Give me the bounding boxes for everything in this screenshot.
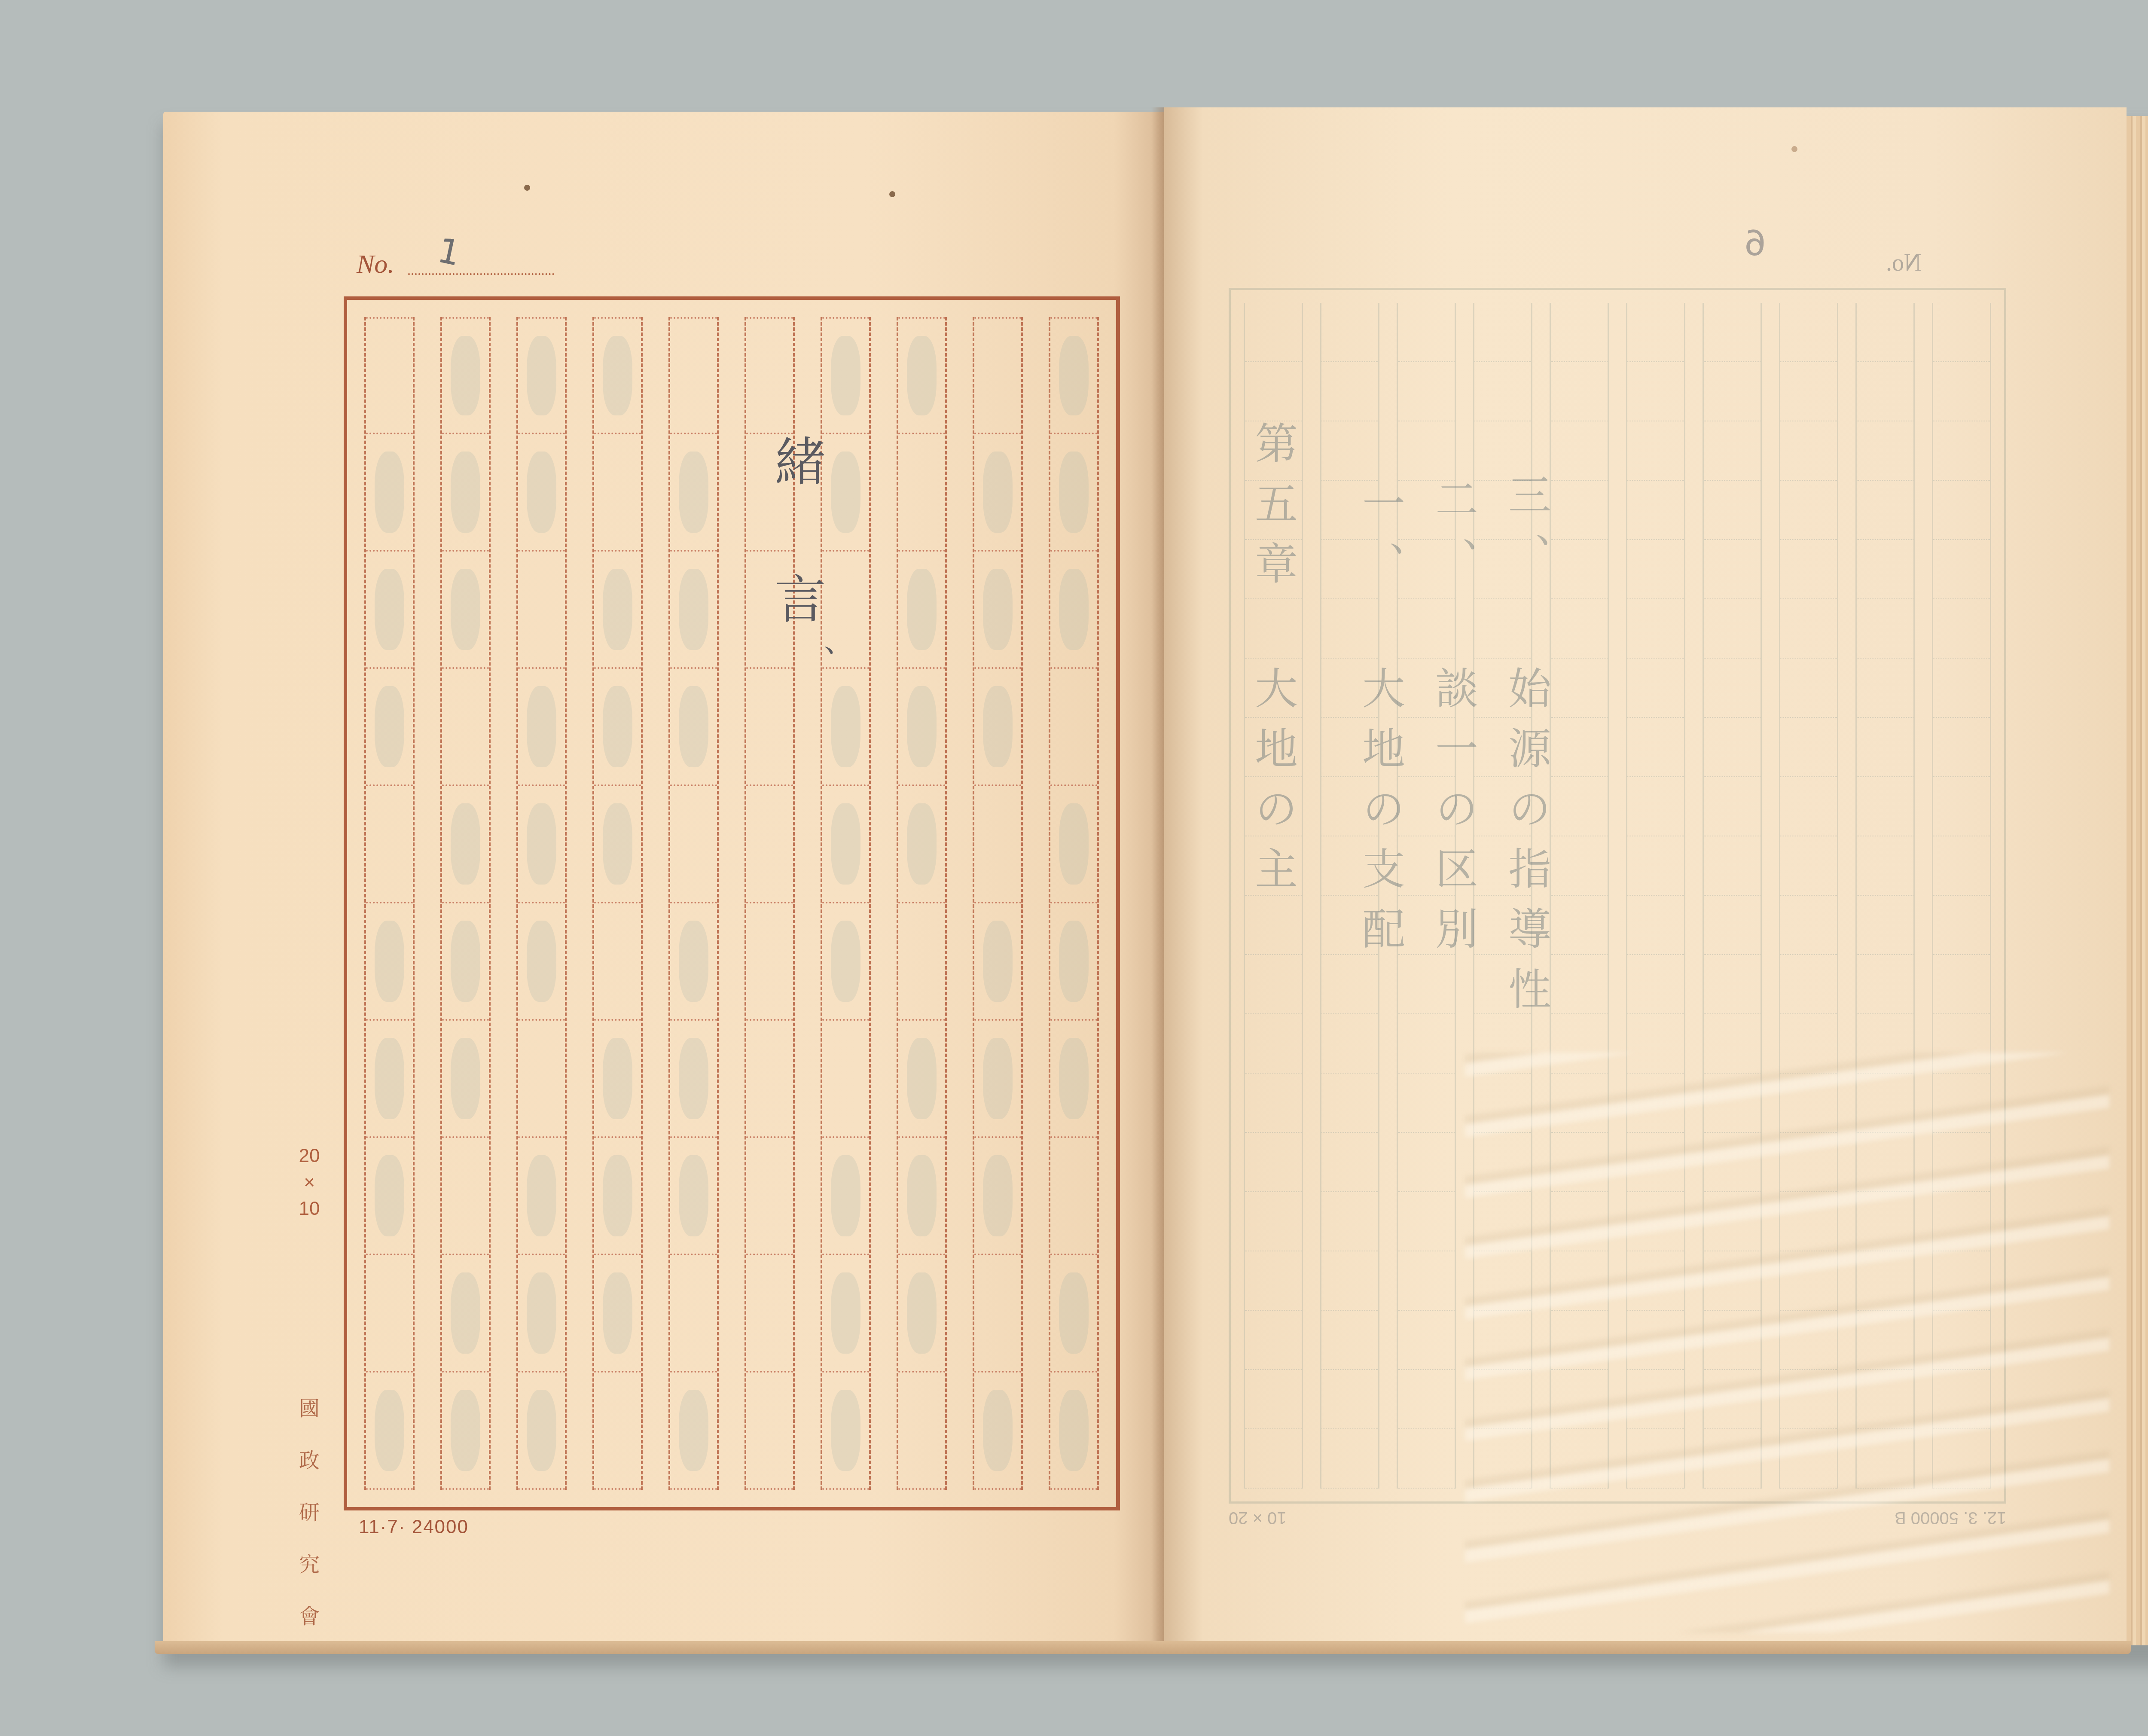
show-through-mark xyxy=(1059,921,1089,1001)
grid-cell xyxy=(974,786,1021,903)
grid-size-label: 20 × 10 xyxy=(292,1143,326,1222)
show-through-mark xyxy=(527,1390,557,1471)
ghost-grid-cell xyxy=(1857,896,1913,955)
ghost-grid-cell xyxy=(1780,421,1837,481)
show-through-mark xyxy=(527,686,557,767)
ghost-grid-cell xyxy=(1245,1074,1302,1133)
ghost-grid-cell xyxy=(1704,362,1761,421)
grid-cell xyxy=(746,786,793,903)
page-number-rule xyxy=(408,273,554,275)
grid-cell xyxy=(670,1255,717,1373)
grid-cell xyxy=(366,1021,413,1138)
ghost-grid-cell xyxy=(1551,955,1608,1014)
binding-hole xyxy=(889,191,895,197)
grid-cell xyxy=(594,1373,641,1490)
show-through-mark xyxy=(831,452,861,532)
ghost-grid-cell xyxy=(1398,599,1455,659)
grid-column xyxy=(592,317,643,1490)
ghost-grid-cell xyxy=(1474,599,1531,659)
grid-cell xyxy=(594,317,641,434)
ghost-grid-cell xyxy=(1474,421,1531,481)
show-through-mark xyxy=(603,1155,633,1236)
show-through-mark xyxy=(907,1272,937,1353)
publisher-label: 國 政 研 究 會 xyxy=(292,1392,326,1629)
grid-cell xyxy=(1050,434,1097,552)
show-through-mark xyxy=(375,1390,405,1471)
ghost-grid-cell xyxy=(1398,1429,1455,1489)
ghost-grid-cell xyxy=(1627,955,1684,1014)
show-through-mark xyxy=(451,803,481,884)
grid-cell xyxy=(670,552,717,669)
ghost-grid-cell xyxy=(1398,1251,1455,1311)
grid-cell xyxy=(442,552,489,669)
ghost-grid-cell xyxy=(1780,718,1837,777)
grid-cell xyxy=(1050,669,1097,786)
ghost-grid-cell xyxy=(1780,303,1837,362)
show-through-mark xyxy=(603,1272,633,1353)
show-through-mark xyxy=(679,1038,709,1119)
show-through-mark xyxy=(907,569,937,650)
ghost-grid-cell xyxy=(1933,421,1990,481)
show-through-mark xyxy=(375,569,405,650)
ghost-grid-cell xyxy=(1933,303,1990,362)
ghost-grid-cell xyxy=(1627,599,1684,659)
grid-cell xyxy=(442,1138,489,1255)
ghost-line-1: 始源の指導性 xyxy=(1495,666,1557,1027)
ghost-grid-cell xyxy=(1245,1014,1302,1074)
ghost-grid-cell xyxy=(1933,896,1990,955)
left-page: No. 1 緒 言 、 20 × 10 國 政 研 究 會 11·7· 2400… xyxy=(163,112,1164,1650)
ghost-grid-cell xyxy=(1857,955,1913,1014)
grid-cell xyxy=(518,1255,565,1373)
grid-cell xyxy=(442,786,489,903)
ghost-grid-cell xyxy=(1857,718,1913,777)
show-through-mark xyxy=(603,569,633,650)
grid-cell xyxy=(670,317,717,434)
manuscript-grid xyxy=(364,317,1099,1490)
grid-cell xyxy=(898,903,945,1021)
show-through-mark xyxy=(375,1155,405,1236)
show-through-mark xyxy=(679,921,709,1001)
show-through-mark xyxy=(375,1038,405,1119)
grid-cell xyxy=(518,1138,565,1255)
grid-column xyxy=(440,317,491,1490)
grid-size-rows: 20 xyxy=(292,1143,326,1169)
ghost-grid-cell xyxy=(1780,481,1837,540)
book-bottom-edge xyxy=(155,1641,2131,1654)
grid-column xyxy=(516,317,567,1490)
grid-cell xyxy=(518,552,565,669)
show-through-mark xyxy=(603,803,633,884)
ghost-heading-1: 一、 xyxy=(1349,481,1411,601)
ghost-grid-cell xyxy=(1321,1074,1378,1133)
ghost-grid-cell xyxy=(1321,362,1378,421)
ghost-grid-cell xyxy=(1321,1014,1378,1074)
ghost-grid-cell xyxy=(1933,540,1990,599)
show-through-mark xyxy=(907,1038,937,1119)
show-through-mark xyxy=(983,452,1013,532)
grid-cell xyxy=(670,1021,717,1138)
ghost-heading-3: 三、 xyxy=(1495,473,1557,593)
grid-cell xyxy=(898,669,945,786)
ghost-grid-cell xyxy=(1245,955,1302,1014)
ghost-grid-cell xyxy=(1780,362,1837,421)
ghost-grid-cell xyxy=(1857,421,1913,481)
show-through-mark xyxy=(831,1272,861,1353)
grid-cell xyxy=(746,1138,793,1255)
grid-cell xyxy=(1050,1138,1097,1255)
grid-cell xyxy=(746,1021,793,1138)
grid-cell xyxy=(822,786,869,903)
grid-cell xyxy=(594,1021,641,1138)
ghost-grid-cell xyxy=(1551,718,1608,777)
ghost-grid-cell xyxy=(1398,1370,1455,1429)
ghost-grid-cell xyxy=(1245,1370,1302,1429)
show-through-mark xyxy=(375,452,405,532)
grid-cell xyxy=(898,1255,945,1373)
ghost-grid-cell xyxy=(1551,540,1608,599)
ghost-grid-cell xyxy=(1551,599,1608,659)
ghost-grid-cell xyxy=(1704,481,1761,540)
grid-cell xyxy=(366,1138,413,1255)
grid-size-times: × xyxy=(292,1169,326,1196)
ghost-grid-cell xyxy=(1627,303,1684,362)
ghost-grid-cell xyxy=(1245,1429,1302,1489)
grid-column xyxy=(364,317,415,1490)
ghost-grid-cell xyxy=(1398,1014,1455,1074)
grid-cell xyxy=(822,669,869,786)
ghost-grid-cell xyxy=(1857,599,1913,659)
grid-cell xyxy=(974,903,1021,1021)
grid-cell xyxy=(670,786,717,903)
grid-cell xyxy=(898,1021,945,1138)
ghost-page-number-value: 6 xyxy=(1744,223,1766,263)
grid-cell xyxy=(670,669,717,786)
ghost-grid-cell xyxy=(1704,421,1761,481)
grid-cell xyxy=(442,1255,489,1373)
ghost-page-number: No. 6 xyxy=(1886,249,1921,277)
ghost-grid-cell xyxy=(1551,896,1608,955)
show-through-mark xyxy=(1059,803,1089,884)
grid-cell xyxy=(974,434,1021,552)
ghost-grid-cell xyxy=(1398,1192,1455,1251)
ghost-grid-cell xyxy=(1321,1192,1378,1251)
ghost-grid-cell xyxy=(1704,659,1761,718)
show-through-mark xyxy=(603,686,633,767)
grid-cell xyxy=(366,903,413,1021)
ghost-grid-cell xyxy=(1627,718,1684,777)
show-through-mark xyxy=(451,1390,481,1471)
grid-cell xyxy=(898,1373,945,1490)
grid-cell xyxy=(822,317,869,434)
page-number-handwritten: 1 xyxy=(434,230,464,274)
ghost-grid-cell xyxy=(1551,362,1608,421)
grid-cell xyxy=(974,1138,1021,1255)
ghost-grid-cell xyxy=(1321,1370,1378,1429)
grid-cell xyxy=(898,317,945,434)
publisher-char: 國 xyxy=(292,1392,326,1422)
show-through-mark xyxy=(1059,1390,1089,1471)
grid-cell xyxy=(594,434,641,552)
title-mark: 、 xyxy=(824,626,854,656)
ghost-grid-cell xyxy=(1933,836,1990,896)
show-through-mark xyxy=(831,1155,861,1236)
ghost-grid-cell xyxy=(1627,659,1684,718)
grid-cell xyxy=(746,317,793,434)
right-page: No. 6 三、 二、 一、 第五章 始源の指導性 談一の区別 大地の支配 大地… xyxy=(1164,107,2127,1650)
show-through-mark xyxy=(527,1272,557,1353)
show-through-mark xyxy=(451,569,481,650)
grid-cell xyxy=(974,1255,1021,1373)
grid-cell xyxy=(366,1373,413,1490)
grid-cell xyxy=(594,903,641,1021)
show-through-mark xyxy=(983,1155,1013,1236)
ghost-grid-cell xyxy=(1474,303,1531,362)
grid-cell xyxy=(594,786,641,903)
show-through-mark xyxy=(1059,569,1089,650)
show-through-mark xyxy=(1059,452,1089,532)
grid-cell xyxy=(518,669,565,786)
grid-column xyxy=(897,317,947,1490)
show-through-mark xyxy=(451,452,481,532)
ghost-grid-cell xyxy=(1474,362,1531,421)
grid-column xyxy=(1049,317,1099,1490)
show-through-mark xyxy=(527,336,557,416)
ghost-chapter-heading: 第五章 xyxy=(1242,421,1303,601)
grid-column xyxy=(744,317,795,1490)
ghost-grid-cell xyxy=(1857,303,1913,362)
grid-cell xyxy=(898,552,945,669)
grid-cell xyxy=(974,317,1021,434)
show-through-mark xyxy=(527,921,557,1001)
ghost-grid-cell xyxy=(1627,540,1684,599)
show-through-mark xyxy=(1059,1272,1089,1353)
grid-cell xyxy=(442,317,489,434)
grid-cell xyxy=(518,786,565,903)
grid-cell xyxy=(518,434,565,552)
grid-cell xyxy=(366,786,413,903)
show-through-mark xyxy=(907,336,937,416)
page-number-label: No. xyxy=(357,250,394,279)
ghost-grid-cell xyxy=(1627,777,1684,836)
ghost-grid-cell xyxy=(1704,955,1761,1014)
ghost-heading-2: 二、 xyxy=(1422,477,1484,597)
show-through-mark xyxy=(831,336,861,416)
show-through-mark xyxy=(451,921,481,1001)
ghost-grid-cell xyxy=(1704,777,1761,836)
show-through-mark xyxy=(679,686,709,767)
show-through-mark xyxy=(527,1155,557,1236)
ghost-grid-cell xyxy=(1780,836,1837,896)
ghost-grid-cell xyxy=(1551,303,1608,362)
ghost-page-number-label: No. xyxy=(1886,249,1921,277)
grid-cell xyxy=(1050,786,1097,903)
grid-cell xyxy=(1050,552,1097,669)
grid-column xyxy=(973,317,1023,1490)
grid-cell xyxy=(822,1138,869,1255)
ghost-grid-cell xyxy=(1551,659,1608,718)
ghost-grid-cell xyxy=(1933,599,1990,659)
show-through-mark xyxy=(1059,1038,1089,1119)
grid-cell xyxy=(1050,903,1097,1021)
grid-cell xyxy=(1050,1373,1097,1490)
show-through-mark xyxy=(375,686,405,767)
grid-column xyxy=(668,317,719,1490)
grid-cell xyxy=(974,1021,1021,1138)
ghost-grid-cell xyxy=(1398,1311,1455,1370)
ghost-grid-cell xyxy=(1704,896,1761,955)
grid-cell xyxy=(746,903,793,1021)
grid-cell xyxy=(670,1373,717,1490)
grid-cell xyxy=(1050,1255,1097,1373)
ghost-grid-cell xyxy=(1933,777,1990,836)
ghost-grid-cell xyxy=(1398,303,1455,362)
ghost-grid-size: 10 × 20 xyxy=(1229,1508,1287,1527)
ghost-grid-cell xyxy=(1627,481,1684,540)
grid-cell xyxy=(670,1138,717,1255)
ghost-grid-cell xyxy=(1780,955,1837,1014)
show-through-mark xyxy=(831,686,861,767)
grid-cell xyxy=(1050,1021,1097,1138)
binding-hole xyxy=(524,185,530,191)
ghost-grid-cell xyxy=(1933,362,1990,421)
ghost-grid-cell xyxy=(1933,481,1990,540)
ghost-grid-cell xyxy=(1780,540,1837,599)
grid-cell xyxy=(518,903,565,1021)
show-through-mark xyxy=(983,921,1013,1001)
show-through-mark xyxy=(375,921,405,1001)
grid-cell xyxy=(670,903,717,1021)
ghost-grid-cell xyxy=(1627,421,1684,481)
show-through-mark xyxy=(1059,336,1089,416)
ghost-grid-cell xyxy=(1704,599,1761,659)
binding-hole xyxy=(1791,146,1797,152)
show-through-mark xyxy=(983,1038,1013,1119)
ghost-grid-cell xyxy=(1245,362,1302,421)
grid-cell xyxy=(442,669,489,786)
ghost-grid-cell xyxy=(1704,718,1761,777)
manuscript-grid-frame: 緒 言 、 xyxy=(344,296,1120,1510)
show-through-mark xyxy=(603,1038,633,1119)
grid-cell xyxy=(594,1255,641,1373)
grid-cell xyxy=(366,1255,413,1373)
grid-cell xyxy=(518,1373,565,1490)
ghost-grid-cell xyxy=(1780,659,1837,718)
grid-cell xyxy=(442,1373,489,1490)
ghost-grid-cell xyxy=(1321,303,1378,362)
show-through-mark xyxy=(679,569,709,650)
grid-cell xyxy=(974,669,1021,786)
grid-cell xyxy=(366,552,413,669)
ghost-line-3: 大地の支配 xyxy=(1349,666,1411,967)
ghost-grid-cell xyxy=(1398,421,1455,481)
publisher-char: 究 xyxy=(292,1548,326,1577)
ghost-grid-cell xyxy=(1245,1192,1302,1251)
ghost-grid-cell xyxy=(1857,659,1913,718)
show-through-mark xyxy=(603,336,633,416)
ghost-grid-cell xyxy=(1551,421,1608,481)
ghost-grid-cell xyxy=(1245,303,1302,362)
ghost-grid-cell xyxy=(1780,599,1837,659)
grid-cell xyxy=(822,1021,869,1138)
grid-cell xyxy=(518,317,565,434)
ghost-grid-cell xyxy=(1627,362,1684,421)
grid-cell xyxy=(594,669,641,786)
publisher-char: 會 xyxy=(292,1600,326,1629)
ghost-grid-cell xyxy=(1857,777,1913,836)
grid-cell xyxy=(746,669,793,786)
grid-cell xyxy=(1050,317,1097,434)
ghost-line-4: 大地の主 xyxy=(1242,666,1303,906)
grid-cell xyxy=(746,1373,793,1490)
show-through-mark xyxy=(907,803,937,884)
grid-cell xyxy=(822,1373,869,1490)
grid-cell xyxy=(366,669,413,786)
ghost-grid-cell xyxy=(1398,1074,1455,1133)
ghost-grid-cell xyxy=(1551,481,1608,540)
ghost-grid-cell xyxy=(1933,955,1990,1014)
grid-cell xyxy=(366,434,413,552)
ghost-grid-cell xyxy=(1245,1133,1302,1192)
grid-cell xyxy=(898,786,945,903)
show-through-mark xyxy=(451,336,481,416)
grid-size-cols: 10 xyxy=(292,1196,326,1222)
paper-wrinkle xyxy=(1465,1053,2109,1632)
show-through-mark xyxy=(451,1272,481,1353)
show-through-mark xyxy=(983,686,1013,767)
grid-cell xyxy=(974,1373,1021,1490)
ghost-grid-cell xyxy=(1780,896,1837,955)
ghost-grid-cell xyxy=(1321,1311,1378,1370)
show-through-mark xyxy=(831,803,861,884)
title-char-1: 緒 xyxy=(775,437,826,489)
ghost-grid-cell xyxy=(1627,896,1684,955)
open-book: No. 1 緒 言 、 20 × 10 國 政 研 究 會 11·7· 2400… xyxy=(155,107,2148,1654)
show-through-mark xyxy=(451,1038,481,1119)
ghost-grid-cell xyxy=(1321,1251,1378,1311)
grid-cell xyxy=(670,434,717,552)
ghost-grid-cell xyxy=(1933,718,1990,777)
page-edges xyxy=(2127,116,2148,1645)
ghost-grid-cell xyxy=(1551,777,1608,836)
show-through-mark xyxy=(679,1390,709,1471)
title-char-2: 言 xyxy=(775,575,826,626)
ghost-grid-cell xyxy=(1245,1251,1302,1311)
grid-cell xyxy=(442,1021,489,1138)
ghost-grid-cell xyxy=(1780,777,1837,836)
grid-cell xyxy=(442,903,489,1021)
print-code: 11·7· 24000 xyxy=(359,1516,469,1538)
ghost-grid-cell xyxy=(1321,1133,1378,1192)
publisher-char: 研 xyxy=(292,1496,326,1525)
ghost-line-2: 談一の区別 xyxy=(1422,666,1484,967)
ghost-grid-cell xyxy=(1627,836,1684,896)
ghost-grid-cell xyxy=(1704,540,1761,599)
show-through-mark xyxy=(679,1155,709,1236)
show-through-mark xyxy=(679,452,709,532)
ghost-grid-cell xyxy=(1321,421,1378,481)
grid-cell xyxy=(594,1138,641,1255)
show-through-mark xyxy=(907,1155,937,1236)
ghost-grid-cell xyxy=(1398,362,1455,421)
grid-cell xyxy=(974,552,1021,669)
grid-cell xyxy=(898,434,945,552)
show-through-mark xyxy=(983,569,1013,650)
show-through-mark xyxy=(527,803,557,884)
ghost-grid-cell xyxy=(1245,1311,1302,1370)
grid-cell xyxy=(822,1255,869,1373)
ghost-grid-cell xyxy=(1857,836,1913,896)
